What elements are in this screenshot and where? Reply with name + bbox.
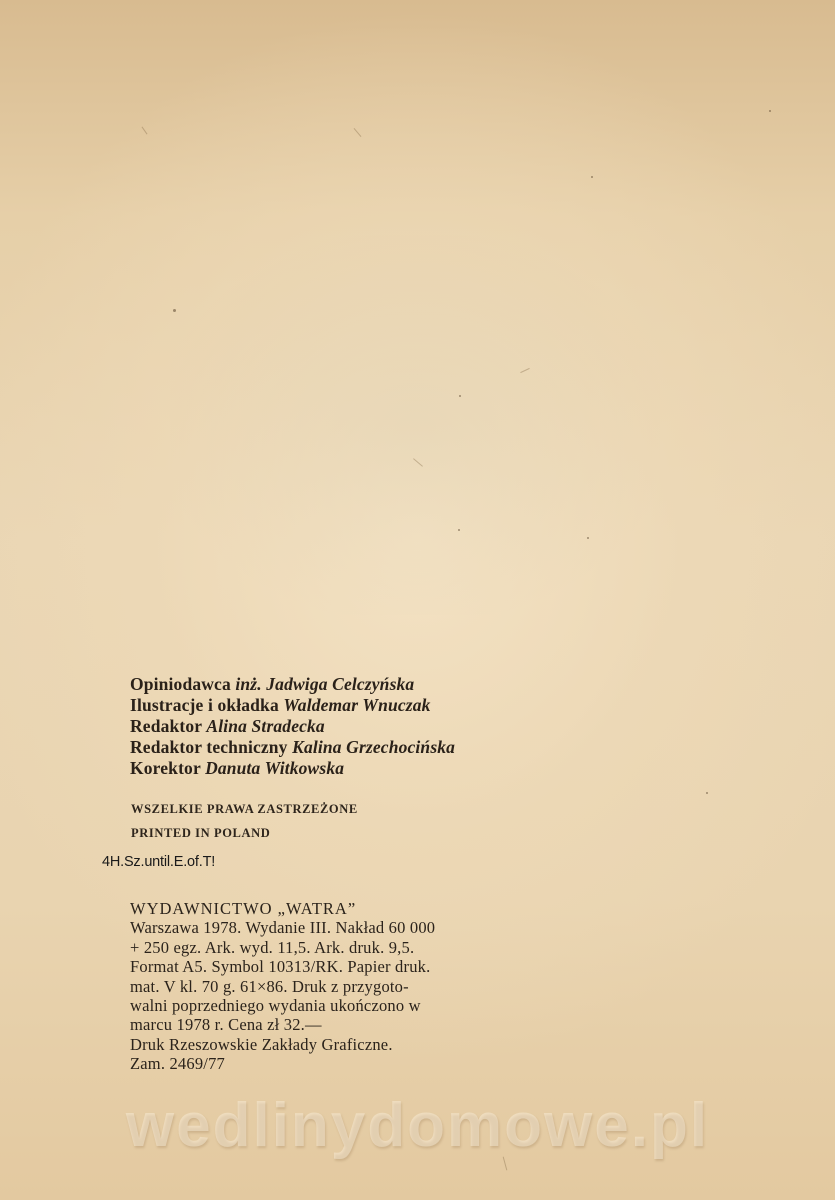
credit-line: Korektor Danuta Witkowska [130,758,455,779]
paper-speck [591,176,593,178]
paper-speck [459,395,461,397]
credit-person: Kalina Grzechocińska [292,737,455,757]
imprint-line: Format A5. Symbol 10313/RK. Papier druk. [130,957,435,976]
credit-role: Redaktor [130,716,202,736]
credit-role: Ilustracje i okładka [130,695,279,715]
paper-speck [706,792,708,794]
credit-role: Redaktor techniczny [130,737,288,757]
credit-line: Redaktor Alina Stradecka [130,716,455,737]
credit-person: Waldemar Wnuczak [283,695,430,715]
credit-role: Korektor [130,758,201,778]
imprint-line: Warszawa 1978. Wydanie III. Nakład 60 00… [130,918,435,937]
paper-fibre [142,127,148,135]
credit-role: Opiniodawca [130,674,231,694]
scan-stamp: 4H.Sz.until.E.of.T! [102,854,215,870]
printed-in: Printed in Poland [131,821,358,845]
credit-line: Opiniodawca inż. Jadwiga Celczyńska [130,674,455,695]
credits-block: Opiniodawca inż. Jadwiga Celczyńska Ilus… [130,674,455,779]
credit-person: inż. Jadwiga Celczyńska [235,674,414,694]
credit-line: Redaktor techniczny Kalina Grzechocińska [130,737,455,758]
credit-person: Danuta Witkowska [205,758,344,778]
imprint-line: walni poprzedniego wydania ukończono w [130,996,435,1015]
paper-speck [769,110,771,112]
publisher-name: WYDAWNICTWO „WATRA” [130,899,435,918]
rights-reserved: Wszelkie prawa zastrzeżone [131,797,358,821]
publisher-imprint: WYDAWNICTWO „WATRA” Warszawa 1978. Wydan… [130,899,435,1074]
credit-person: Alina Stradecka [206,716,324,736]
imprint-line: + 250 egz. Ark. wyd. 11,5. Ark. druk. 9,… [130,938,435,957]
imprint-line: Zam. 2469/77 [130,1054,435,1073]
paper-speck [458,529,460,531]
rights-notice: Wszelkie prawa zastrzeżone Printed in Po… [131,797,358,845]
paper-speck [173,309,176,312]
paper-speck [587,537,589,539]
imprint-line: mat. V kl. 70 g. 61×86. Druk z przygoto- [130,977,435,996]
imprint-line: Druk Rzeszowskie Zakłady Graficzne. [130,1035,435,1054]
paper-fibre [354,128,362,137]
reverse-side-show-through [170,235,660,615]
imprint-line: marcu 1978 r. Cena zł 32.— [130,1015,435,1034]
credit-line: Ilustracje i okładka Waldemar Wnuczak [130,695,455,716]
site-watermark: wedlinydomowe.pl [0,1090,835,1161]
